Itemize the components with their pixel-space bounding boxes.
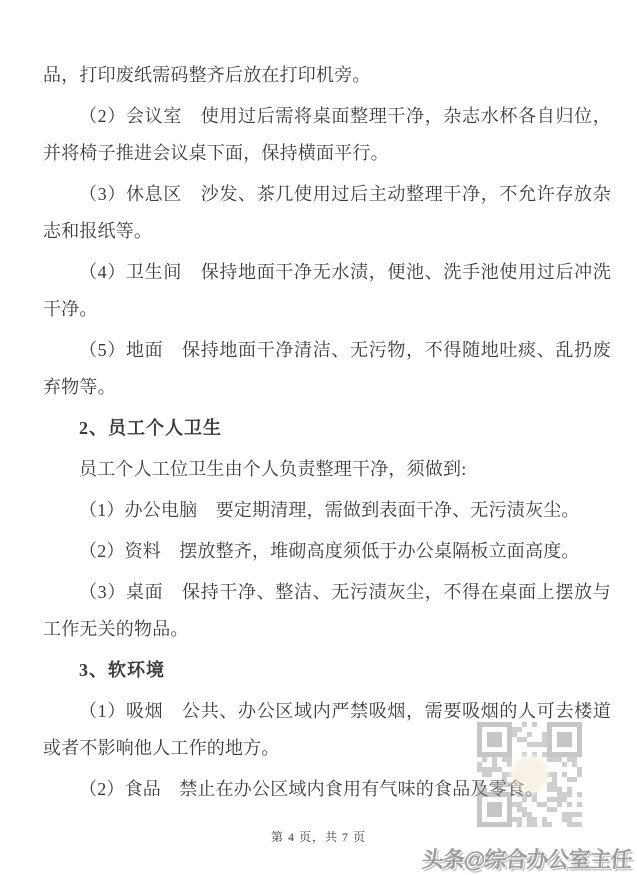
qr-module	[532, 822, 537, 827]
paragraph: （5）地面 保持地面干净清洁、无污物，不得随地吐痰、乱扔废弃物等。	[43, 332, 611, 406]
qr-module	[562, 817, 567, 822]
section-heading: 3、软环境	[43, 652, 611, 689]
paragraph: （2）会议室 使用过后需将桌面整理干净，杂志水杯各自归位，并将椅子推进会议桌下面…	[43, 98, 611, 172]
qr-module	[512, 817, 517, 822]
qr-module	[517, 817, 522, 822]
document-body: 品，打印废纸需码整齐后放在打印机旁。（2）会议室 使用过后需将桌面整理干净，杂志…	[43, 57, 611, 812]
section-heading: 2、员工个人卫生	[43, 410, 611, 447]
qr-module	[547, 822, 552, 827]
qr-module	[567, 822, 572, 827]
toutiao-brand-watermark: 头条@综合办公室主任	[420, 843, 632, 874]
paragraph: （4）卫生间 保持地面干净无水渍，便池、洗手池使用过后冲洗干净。	[43, 254, 611, 328]
paragraph: （2）食品 禁止在办公区域内食用有气味的食品及零食。	[43, 771, 611, 808]
paragraph: （2）资料 摆放整齐，堆砌高度须低于办公桌隔板立面高度。	[43, 533, 611, 570]
qr-module	[527, 812, 532, 817]
page-number-indicator: 第 4 页，共 7 页	[271, 830, 366, 844]
qr-module	[577, 812, 582, 817]
qr-module	[577, 822, 582, 827]
qr-module	[527, 822, 532, 827]
qr-module	[572, 822, 577, 827]
qr-module	[562, 812, 567, 817]
paragraph: （3）桌面 保持干净、整洁、无污渍灰尘，不得在桌面上摆放与工作无关的物品。	[43, 574, 611, 648]
qr-module	[542, 817, 547, 822]
paragraph: （1）吸烟 公共、办公区域内严禁吸烟，需要吸烟的人可去楼道或者不影响他人工作的地…	[43, 693, 611, 767]
paragraph: 品，打印废纸需码整齐后放在打印机旁。	[43, 57, 611, 94]
document-page: 品，打印废纸需码整齐后放在打印机旁。（2）会议室 使用过后需将桌面整理干净，杂志…	[0, 0, 637, 875]
qr-module	[567, 812, 572, 817]
paragraph: （1）办公电脑 要定期清理，需做到表面干净、无污渍灰尘。	[43, 492, 611, 529]
qr-module	[542, 822, 547, 827]
qr-module	[522, 812, 527, 817]
qr-module	[517, 822, 522, 827]
qr-module	[532, 817, 537, 822]
paragraph: 员工个人工位卫生由个人负责整理干净，须做到:	[43, 451, 611, 488]
paragraph: （3）休息区 沙发、茶几使用过后主动整理干净，不允许存放杂志和报纸等。	[43, 176, 611, 250]
qr-module	[527, 817, 532, 822]
qr-module	[567, 817, 572, 822]
qr-module	[572, 812, 577, 817]
